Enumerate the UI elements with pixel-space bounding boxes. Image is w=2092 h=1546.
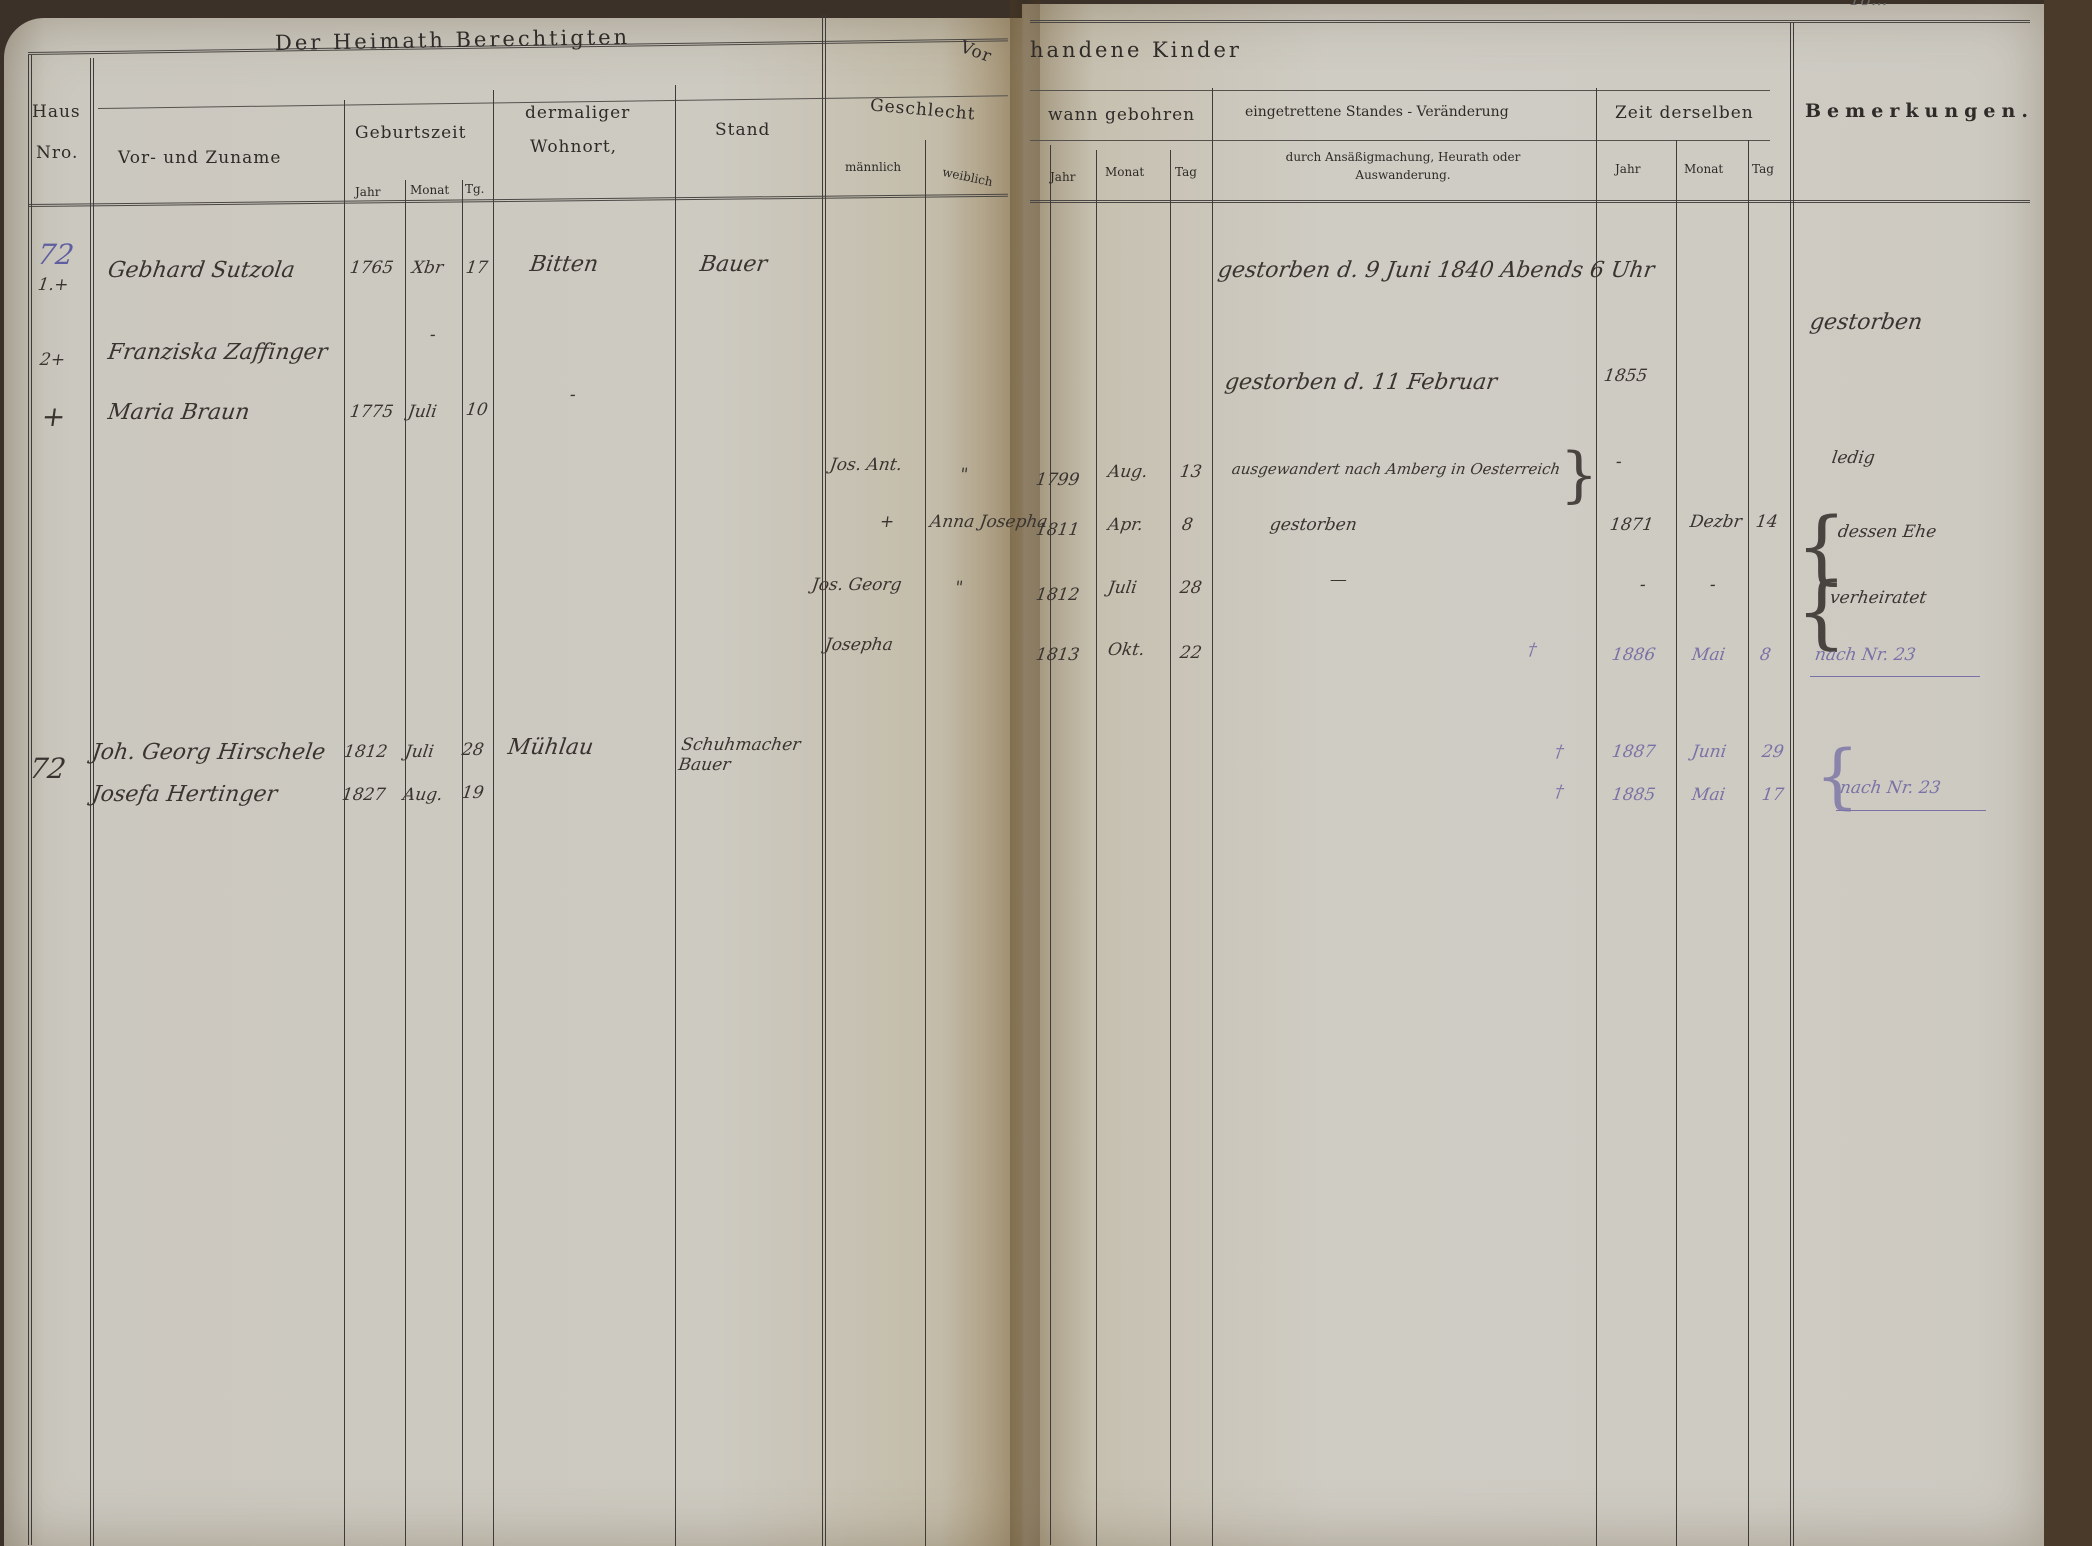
entry-haus-nro: 72: [28, 752, 68, 785]
child-year: 1812: [1035, 585, 1081, 605]
child-year: 1811: [1035, 520, 1081, 540]
entry-remark: gestorben: [1808, 310, 1924, 335]
book-gutter: [1010, 0, 1040, 1546]
child-day: 28: [1179, 578, 1203, 598]
child-name: Jos. Georg: [811, 575, 903, 595]
entry-change: gestorben d. 11 Februar: [1223, 370, 1498, 395]
col-divider-monat: [462, 180, 463, 1546]
header-veraenderung-sub-1: durch Ansäßigmachung, Heurath oder: [1228, 150, 1578, 164]
col-divider-kind-monat: [1170, 150, 1171, 1546]
header-bottom-rule-right: [1030, 200, 2030, 203]
entry-birth-year: 1827: [341, 785, 387, 805]
entry-haus-note: 2+: [39, 350, 67, 370]
header-jahr: Jahr: [355, 185, 380, 199]
col-divider-geschlecht: [925, 140, 926, 1546]
header-zeit-monat: Monat: [1684, 162, 1723, 176]
entry-birth-day: 19: [461, 783, 485, 803]
col-divider-zeit-jahr: [1676, 140, 1677, 1546]
right-page: [1022, 4, 2044, 1546]
child-name: Josepha: [824, 635, 895, 655]
brace-mark: {: [1815, 735, 1860, 817]
header-zeit-tag: Tag: [1752, 162, 1774, 176]
child-remark: ledig: [1831, 448, 1877, 468]
header-kind-jahr: Jahr: [1050, 170, 1075, 184]
header-sub-rule-right-2: [1030, 140, 1770, 141]
child-remark: verheiratet: [1829, 588, 1928, 608]
col-divider-kind-jahr: [1096, 150, 1097, 1546]
entry-haus-note: +: [40, 400, 68, 433]
entry-change-year: 1855: [1603, 366, 1649, 386]
col-divider-zeit-monat: [1748, 140, 1749, 1546]
page-number-fragment: 18...: [1849, 0, 1890, 10]
entry-change-day: 17: [1761, 785, 1785, 805]
col-divider-kind-tag: [1212, 88, 1213, 1546]
entry-birth-month: Juli: [407, 402, 438, 422]
entry-name: Gebhard Sutzola: [106, 258, 296, 283]
child-change-year: 1886: [1611, 645, 1657, 665]
entry-birth-year: 1775: [349, 402, 395, 422]
remark-underline: [1836, 810, 1986, 811]
child-change-day: 14: [1755, 512, 1779, 532]
brace-mark: }: [1560, 440, 1598, 510]
entry-change: gestorben d. 9 Juni 1840 Abends 6 Uhr: [1216, 258, 1656, 283]
col-divider-veraenderung: [1596, 88, 1597, 1546]
remark-underline: [1810, 676, 1980, 677]
header-zeit-derselben: Zeit derselben: [1615, 103, 1754, 123]
header-top-rule-right: [1030, 20, 2030, 23]
entry-name: Maria Braun: [106, 400, 251, 425]
entry-birth-day: 28: [461, 740, 485, 760]
child-female-name: Anna Josepha: [929, 512, 1049, 532]
header-kind-monat: Monat: [1105, 165, 1144, 179]
entry-haus-nro: 72: [36, 238, 76, 271]
header-monat: Monat: [410, 183, 449, 197]
col-divider-wohnort: [675, 85, 676, 1546]
child-month: Aug.: [1107, 462, 1149, 482]
col-divider-geburt: [493, 90, 494, 1546]
child-change-month: Mai: [1691, 645, 1727, 665]
child-day: 22: [1179, 643, 1203, 663]
entry-remark: nach Nr. 23: [1839, 778, 1942, 798]
entry-birth-month: Xbr: [411, 258, 445, 278]
header-bemerkungen: Bemerkungen.: [1805, 100, 2034, 122]
header-name: Vor- und Zuname: [118, 148, 281, 168]
book-edge: [2044, 0, 2092, 1546]
child-month: Apr.: [1107, 515, 1145, 535]
header-kind-tag: Tag: [1175, 165, 1197, 179]
entry-birth-month: Aug.: [402, 785, 444, 805]
entry-stand: Bauer: [698, 252, 769, 277]
entry-birth-year: 1812: [343, 742, 389, 762]
entry-change-day: 29: [1761, 742, 1785, 762]
header-geburtszeit: Geburtszeit: [355, 123, 466, 143]
child-change: —: [1329, 570, 1349, 590]
child-change-month: Dezbr: [1689, 512, 1743, 532]
header-wohnort-1: dermaliger: [525, 103, 630, 123]
entry-wohnort: Bitten: [528, 252, 600, 277]
child-month: Okt.: [1107, 640, 1146, 660]
entry-haus-note: 1.+: [37, 275, 70, 295]
child-change: gestorben: [1269, 515, 1359, 535]
entry-wohnort: Mühlau: [506, 735, 595, 760]
entry-change-year: 1887: [1611, 742, 1657, 762]
entry-name: Josefa Hertinger: [90, 782, 279, 807]
entry-change-year: 1885: [1611, 785, 1657, 805]
child-remark: nach Nr. 23: [1814, 645, 1917, 665]
header-stand: Stand: [715, 120, 770, 140]
entry-birth-day: 17: [465, 258, 489, 278]
entry-change-month: Juni: [1691, 742, 1728, 762]
header-center-right: handene Kinder: [1030, 38, 1242, 62]
child-change-year: 1871: [1609, 515, 1655, 535]
col-divider-name: [344, 100, 345, 1546]
header-sub-rule-right: [1030, 90, 1770, 91]
child-day: 13: [1179, 462, 1203, 482]
header-maennlich: männlich: [845, 160, 901, 174]
entry-stand: Schuhmacher Bauer: [677, 735, 823, 775]
child-year: 1799: [1035, 470, 1081, 490]
child-male-mark: +: [879, 512, 896, 532]
col-divider-bemerkungen: [1790, 22, 1794, 1546]
col-divider-kind-start: [1050, 145, 1051, 1545]
header-wohnort-2: Wohnort,: [530, 137, 617, 157]
header-veraenderung-sub-2: Auswanderung.: [1228, 168, 1578, 182]
col-divider-jahr: [405, 180, 406, 1546]
header-zeit-jahr: Jahr: [1615, 162, 1640, 176]
child-month: Juli: [1107, 578, 1138, 598]
child-name: Jos. Ant.: [829, 455, 904, 475]
child-remark: dessen Ehe: [1837, 522, 1938, 542]
header-haus: Haus: [32, 102, 81, 122]
entry-change-month: Mai: [1691, 785, 1727, 805]
header-veraenderung: eingetrettene Standes - Veränderung: [1245, 104, 1509, 120]
entry-birth-year: 1765: [349, 258, 395, 278]
child-year: 1813: [1035, 645, 1081, 665]
header-tag: Tg.: [465, 182, 485, 196]
left-border: [28, 55, 32, 1545]
entry-birth-day: 10: [465, 400, 489, 420]
entry-name: Franziska Zaffinger: [106, 340, 329, 365]
header-nro: Nro.: [36, 143, 78, 163]
child-change: ausgewandert nach Amberg in Oesterreich: [1231, 460, 1574, 478]
header-wann-gebohren: wann gebohren: [1048, 105, 1195, 125]
entry-name: Joh. Georg Hirschele: [90, 740, 327, 765]
col-divider-stand: [822, 15, 826, 1546]
entry-birth-month: Juli: [404, 742, 435, 762]
